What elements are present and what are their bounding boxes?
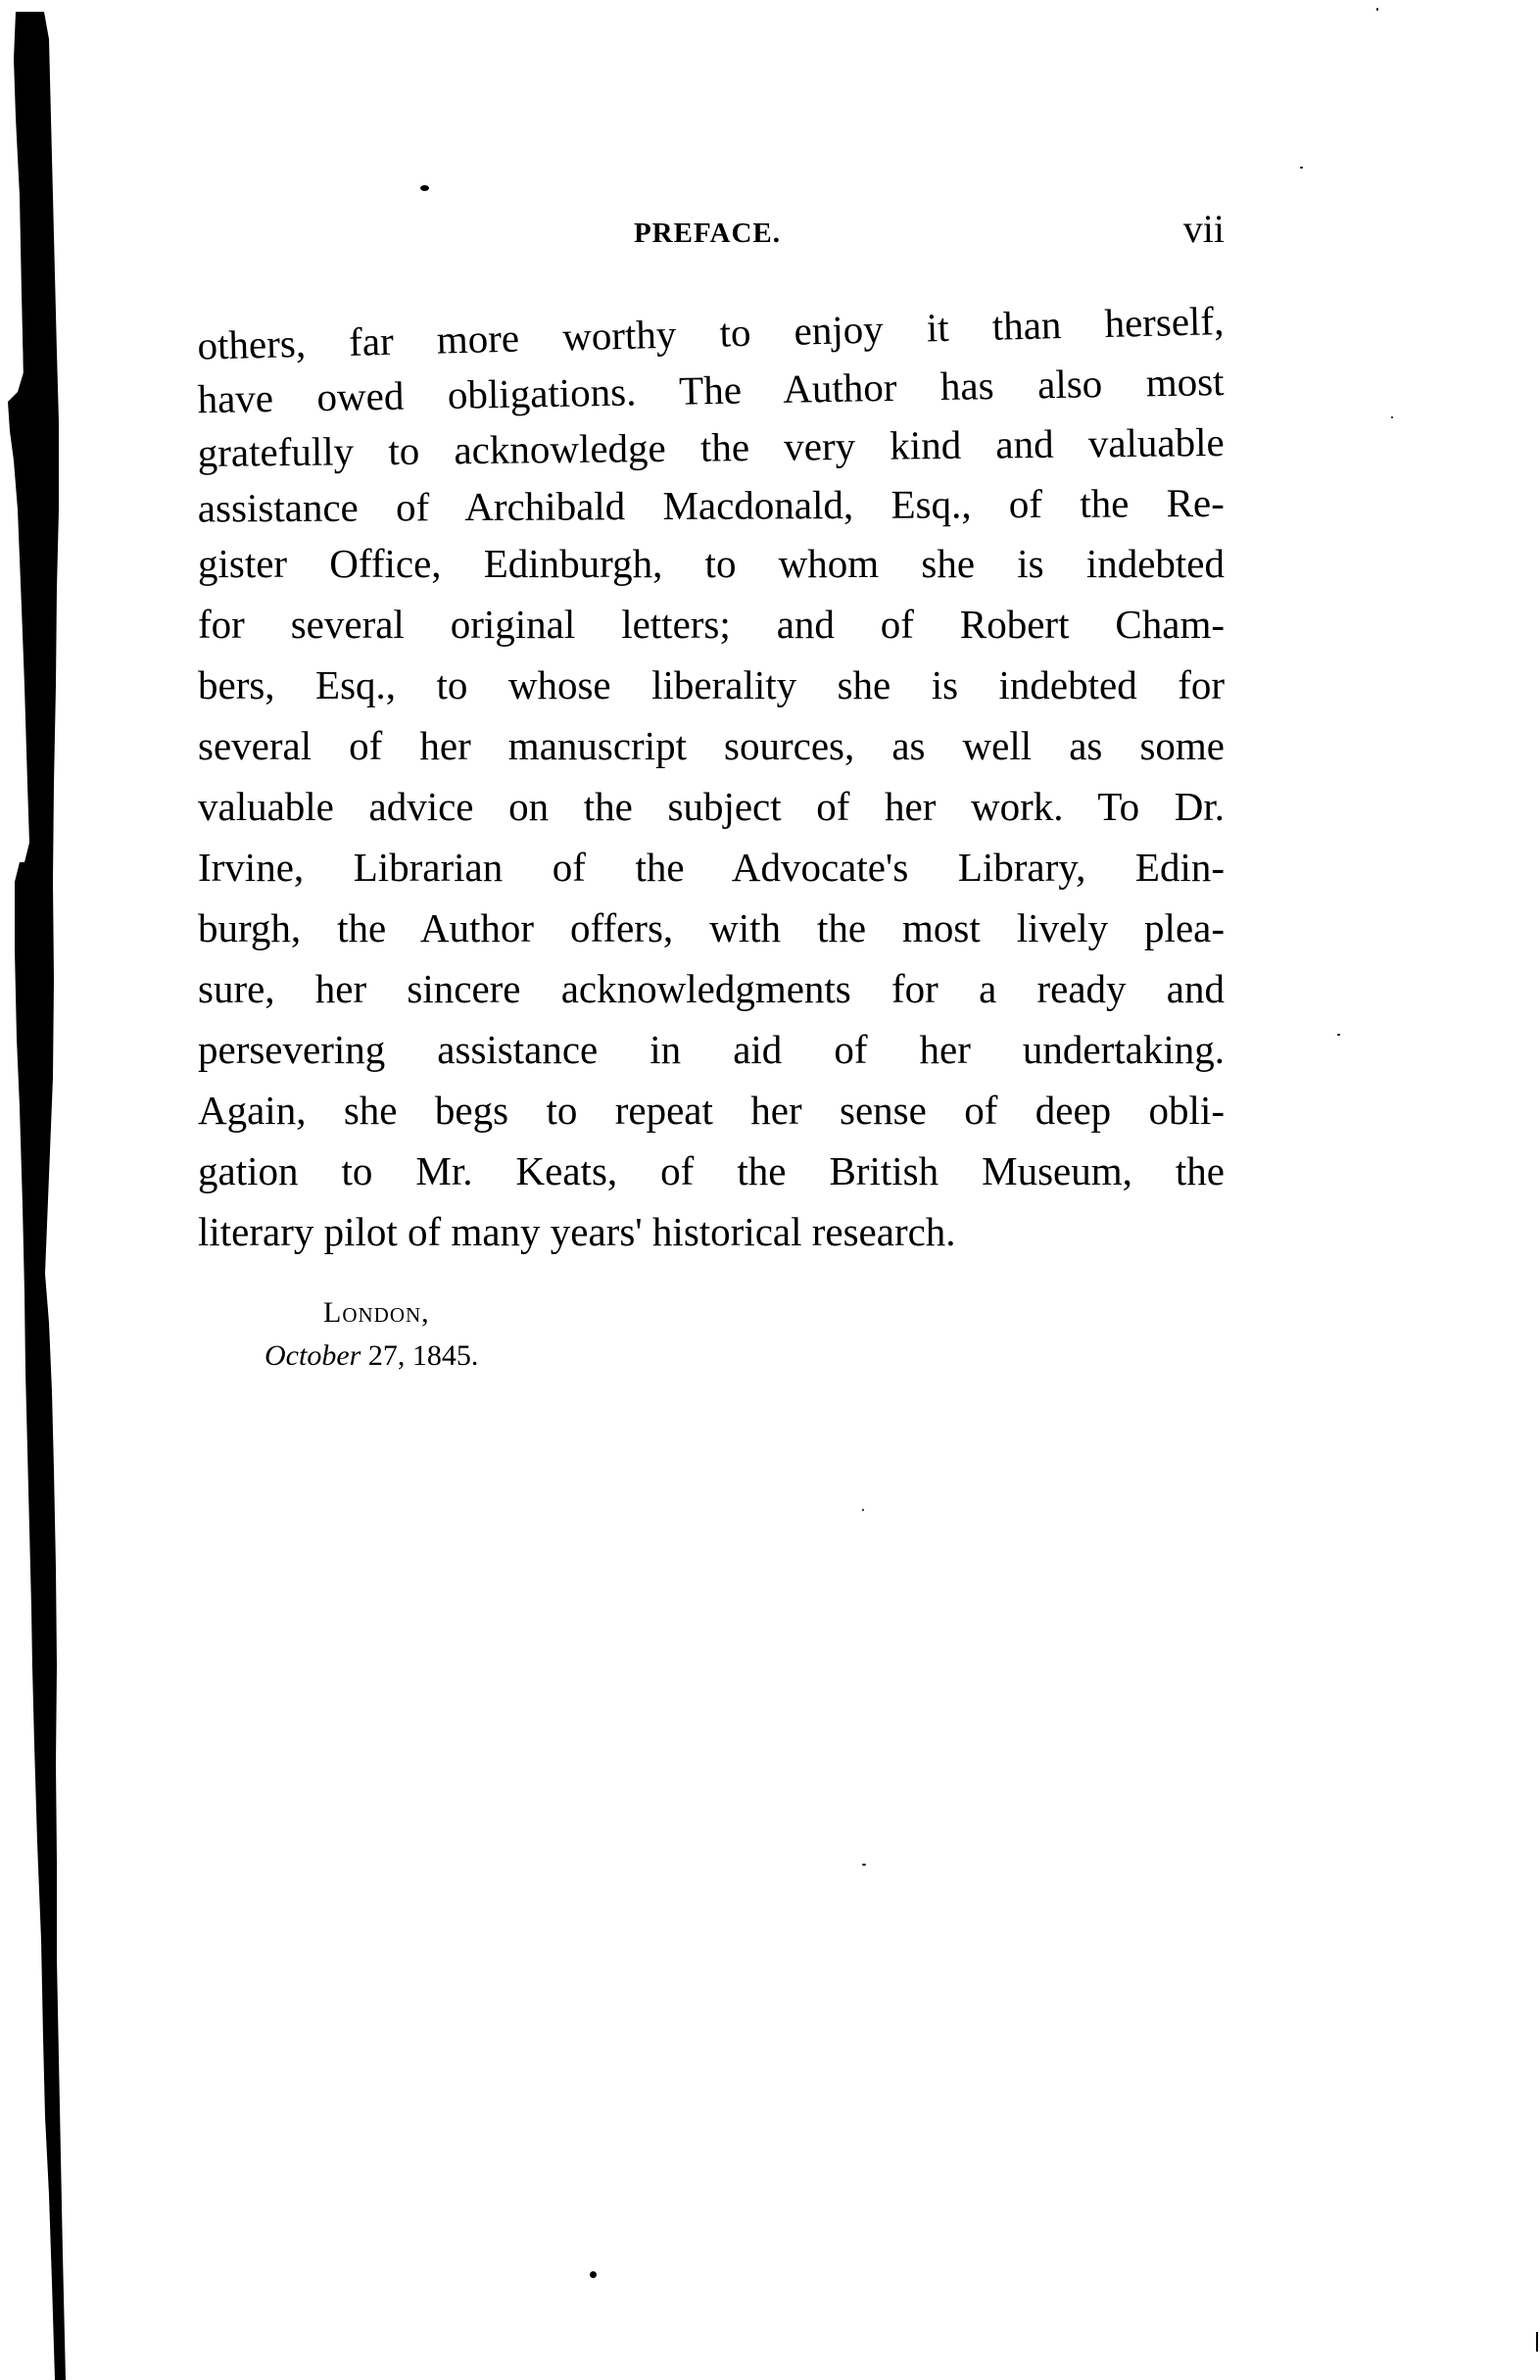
ink-speck bbox=[590, 2271, 597, 2278]
text-line: valuable advice on the subject of her wo… bbox=[198, 776, 1225, 837]
page-number: vii bbox=[1183, 210, 1225, 249]
ink-speck bbox=[862, 1864, 866, 1866]
text-line: Irvine, Librarian of the Advocate's Libr… bbox=[198, 837, 1225, 898]
ink-speck bbox=[420, 185, 429, 191]
ink-speck bbox=[862, 1509, 864, 1511]
text-line: gation to Mr. Keats, of the British Muse… bbox=[198, 1141, 1225, 1201]
text-line: persevering assistance in aid of her und… bbox=[198, 1019, 1225, 1080]
dateline-date: October 27, 1845. bbox=[265, 1335, 656, 1378]
text-line: literary pilot of many years' historical… bbox=[198, 1201, 1225, 1262]
running-head: PREFACE. vii bbox=[198, 210, 1225, 253]
preface-body: others, far more worthy to enjoy it than… bbox=[198, 290, 1225, 1262]
ink-speck bbox=[1376, 8, 1378, 11]
running-title: PREFACE. bbox=[617, 216, 797, 251]
text-line: several of her manuscript sources, as we… bbox=[198, 715, 1225, 776]
text-line: assistance of Archibald Macdonald, Esq.,… bbox=[198, 472, 1225, 538]
dateline-day-year: 27, 1845. bbox=[361, 1339, 478, 1372]
ink-speck bbox=[1536, 2332, 1538, 2352]
text-line: burgh, the Author offers, with the most … bbox=[198, 898, 1225, 958]
dateline: London, October 27, 1845. bbox=[265, 1291, 656, 1378]
book-binding-edge bbox=[0, 0, 88, 2380]
ink-speck bbox=[1337, 1034, 1340, 1036]
text-line: for several original letters; and of Rob… bbox=[198, 594, 1225, 655]
ink-speck bbox=[1391, 416, 1393, 418]
ink-speck bbox=[1300, 167, 1303, 169]
text-line: sure, her sincere acknowledgments for a … bbox=[198, 958, 1225, 1019]
dateline-place: London, bbox=[323, 1291, 656, 1335]
text-line: Again, she begs to repeat her sense of d… bbox=[198, 1080, 1225, 1141]
text-line: bers, Esq., to whose liberality she is i… bbox=[198, 655, 1225, 715]
dateline-month: October bbox=[265, 1339, 361, 1372]
scanned-book-page: PREFACE. vii others, far more worthy to … bbox=[0, 0, 1540, 2380]
text-line: gister Office, Edinburgh, to whom she is… bbox=[198, 533, 1225, 594]
